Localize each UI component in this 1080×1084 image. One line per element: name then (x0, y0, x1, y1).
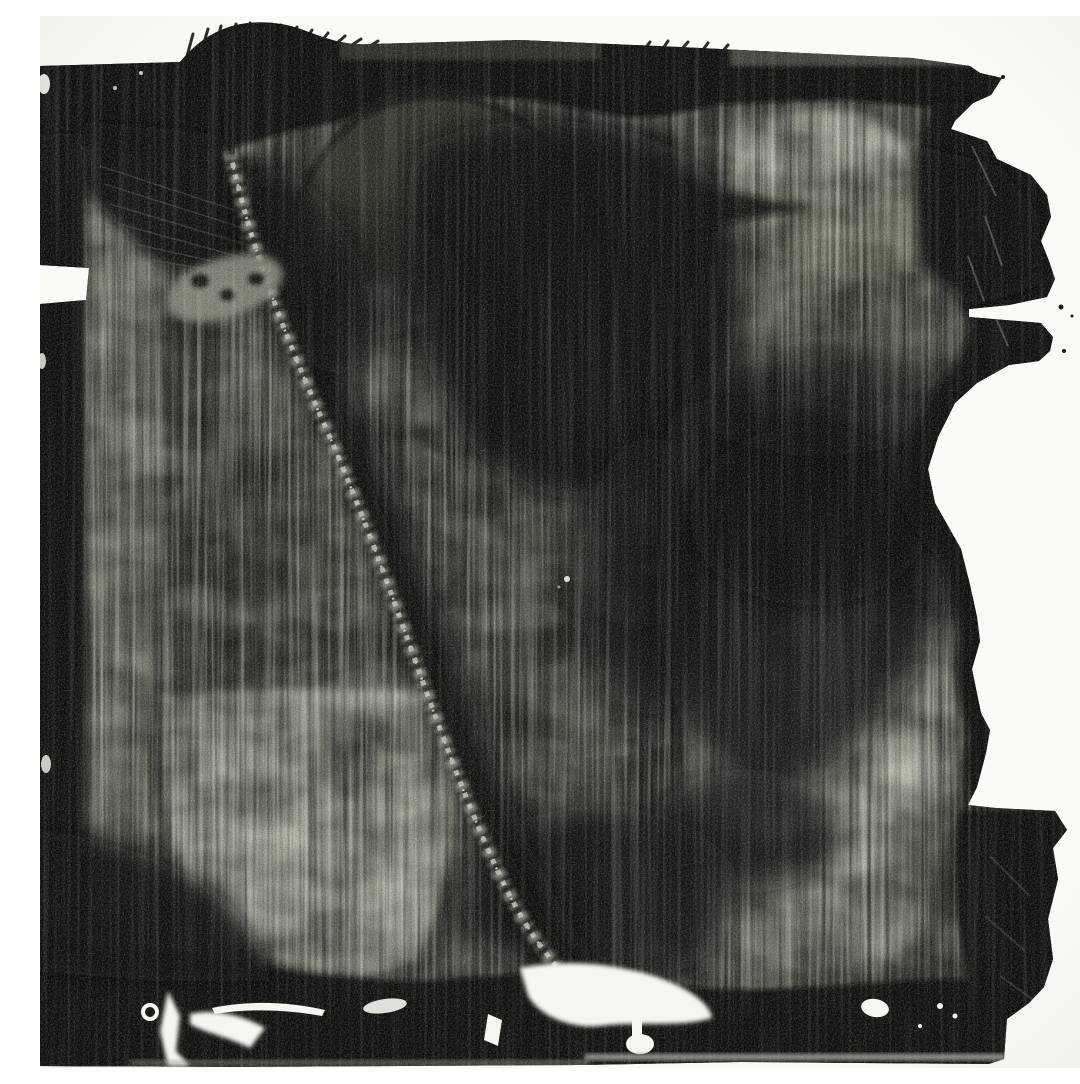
artwork-canvas: Abstract monochrome artwork: a large rag… (40, 16, 1080, 1068)
artwork-photo: Abstract monochrome artwork: a large rag… (40, 16, 1080, 1068)
overlay-streaks (40, 16, 1080, 1068)
tear-speck (918, 1024, 922, 1028)
tear-drop (626, 1034, 654, 1054)
tear-speck (953, 1014, 958, 1019)
print-block (40, 16, 1080, 1068)
bottom-gray-baseline (585, 1054, 1005, 1060)
bottom-gray-smear (130, 1060, 590, 1065)
tear-speck (937, 1003, 943, 1009)
